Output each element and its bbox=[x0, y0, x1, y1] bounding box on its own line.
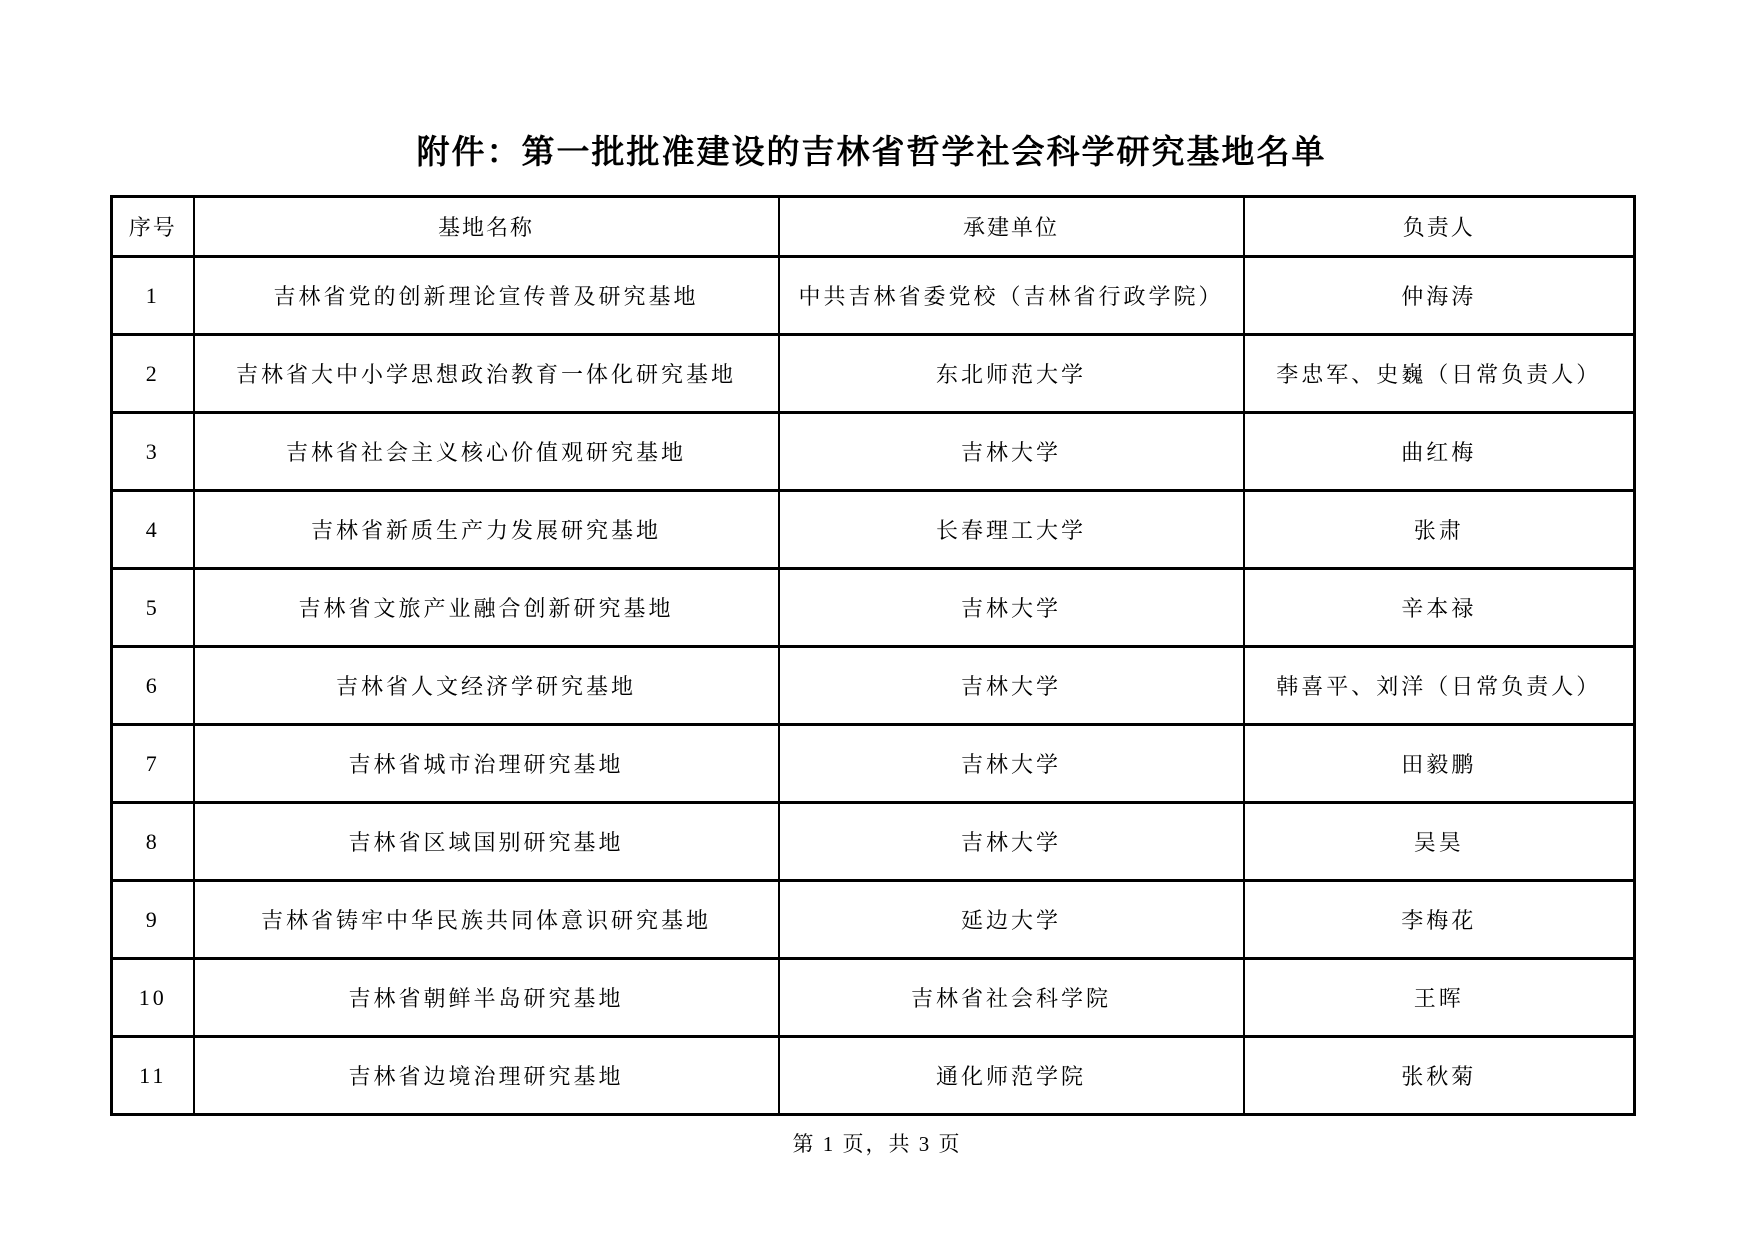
row-number-cell: 8 bbox=[112, 803, 194, 881]
leader-cell: 李梅花 bbox=[1244, 881, 1635, 959]
leader-cell: 张肃 bbox=[1244, 491, 1635, 569]
row-number-cell: 2 bbox=[112, 335, 194, 413]
unit-cell: 吉林大学 bbox=[779, 569, 1244, 647]
leader-cell: 王晖 bbox=[1244, 959, 1635, 1037]
table-row: 9 吉林省铸牢中华民族共同体意识研究基地 延边大学 李梅花 bbox=[112, 881, 1635, 959]
table-row: 6 吉林省人文经济学研究基地 吉林大学 韩喜平、刘洋（日常负责人） bbox=[112, 647, 1635, 725]
leader-cell: 韩喜平、刘洋（日常负责人） bbox=[1244, 647, 1635, 725]
table-row: 4 吉林省新质生产力发展研究基地 长春理工大学 张肃 bbox=[112, 491, 1635, 569]
leader-cell: 李忠军、史巍（日常负责人） bbox=[1244, 335, 1635, 413]
unit-cell: 延边大学 bbox=[779, 881, 1244, 959]
row-number-cell: 6 bbox=[112, 647, 194, 725]
leader-cell: 曲红梅 bbox=[1244, 413, 1635, 491]
unit-cell: 中共吉林省委党校（吉林省行政学院） bbox=[779, 257, 1244, 335]
table-row: 10 吉林省朝鲜半岛研究基地 吉林省社会科学院 王晖 bbox=[112, 959, 1635, 1037]
page-number-footer: 第 1 页，共 3 页 bbox=[0, 1128, 1754, 1158]
table-body: 1 吉林省党的创新理论宣传普及研究基地 中共吉林省委党校（吉林省行政学院） 仲海… bbox=[112, 257, 1635, 1115]
research-base-table: 序号 基地名称 承建单位 负责人 1 吉林省党的创新理论宣传普及研究基地 中共吉… bbox=[110, 195, 1636, 1116]
base-name-cell: 吉林省新质生产力发展研究基地 bbox=[194, 491, 779, 569]
page-title: 附件：第一批批准建设的吉林省哲学社会科学研究基地名单 bbox=[110, 126, 1633, 173]
base-name-cell: 吉林省城市治理研究基地 bbox=[194, 725, 779, 803]
header-person-in-charge: 负责人 bbox=[1244, 197, 1635, 257]
table-header-row: 序号 基地名称 承建单位 负责人 bbox=[112, 197, 1635, 257]
base-name-cell: 吉林省大中小学思想政治教育一体化研究基地 bbox=[194, 335, 779, 413]
base-name-cell: 吉林省边境治理研究基地 bbox=[194, 1037, 779, 1115]
table-row: 3 吉林省社会主义核心价值观研究基地 吉林大学 曲红梅 bbox=[112, 413, 1635, 491]
unit-cell: 吉林大学 bbox=[779, 725, 1244, 803]
table-row: 1 吉林省党的创新理论宣传普及研究基地 中共吉林省委党校（吉林省行政学院） 仲海… bbox=[112, 257, 1635, 335]
base-name-cell: 吉林省朝鲜半岛研究基地 bbox=[194, 959, 779, 1037]
base-name-cell: 吉林省社会主义核心价值观研究基地 bbox=[194, 413, 779, 491]
row-number-cell: 4 bbox=[112, 491, 194, 569]
row-number-cell: 7 bbox=[112, 725, 194, 803]
base-name-cell: 吉林省党的创新理论宣传普及研究基地 bbox=[194, 257, 779, 335]
row-number-cell: 1 bbox=[112, 257, 194, 335]
row-number-cell: 11 bbox=[112, 1037, 194, 1115]
document-page: 附件：第一批批准建设的吉林省哲学社会科学研究基地名单 序号 基地名称 承建单位 … bbox=[0, 0, 1754, 1241]
leader-cell: 田毅鹏 bbox=[1244, 725, 1635, 803]
row-number-cell: 9 bbox=[112, 881, 194, 959]
leader-cell: 张秋菊 bbox=[1244, 1037, 1635, 1115]
row-number-cell: 5 bbox=[112, 569, 194, 647]
base-name-cell: 吉林省人文经济学研究基地 bbox=[194, 647, 779, 725]
leader-cell: 仲海涛 bbox=[1244, 257, 1635, 335]
unit-cell: 吉林大学 bbox=[779, 647, 1244, 725]
base-name-cell: 吉林省区域国别研究基地 bbox=[194, 803, 779, 881]
unit-cell: 东北师范大学 bbox=[779, 335, 1244, 413]
leader-cell: 辛本禄 bbox=[1244, 569, 1635, 647]
header-serial-number: 序号 bbox=[112, 197, 194, 257]
table-row: 8 吉林省区域国别研究基地 吉林大学 吴昊 bbox=[112, 803, 1635, 881]
base-name-cell: 吉林省文旅产业融合创新研究基地 bbox=[194, 569, 779, 647]
unit-cell: 长春理工大学 bbox=[779, 491, 1244, 569]
header-undertaking-unit: 承建单位 bbox=[779, 197, 1244, 257]
base-name-cell: 吉林省铸牢中华民族共同体意识研究基地 bbox=[194, 881, 779, 959]
row-number-cell: 3 bbox=[112, 413, 194, 491]
table-row: 7 吉林省城市治理研究基地 吉林大学 田毅鹏 bbox=[112, 725, 1635, 803]
table-row: 2 吉林省大中小学思想政治教育一体化研究基地 东北师范大学 李忠军、史巍（日常负… bbox=[112, 335, 1635, 413]
unit-cell: 吉林大学 bbox=[779, 803, 1244, 881]
leader-cell: 吴昊 bbox=[1244, 803, 1635, 881]
unit-cell: 吉林大学 bbox=[779, 413, 1244, 491]
header-base-name: 基地名称 bbox=[194, 197, 779, 257]
table-row: 11 吉林省边境治理研究基地 通化师范学院 张秋菊 bbox=[112, 1037, 1635, 1115]
row-number-cell: 10 bbox=[112, 959, 194, 1037]
unit-cell: 通化师范学院 bbox=[779, 1037, 1244, 1115]
table-row: 5 吉林省文旅产业融合创新研究基地 吉林大学 辛本禄 bbox=[112, 569, 1635, 647]
unit-cell: 吉林省社会科学院 bbox=[779, 959, 1244, 1037]
